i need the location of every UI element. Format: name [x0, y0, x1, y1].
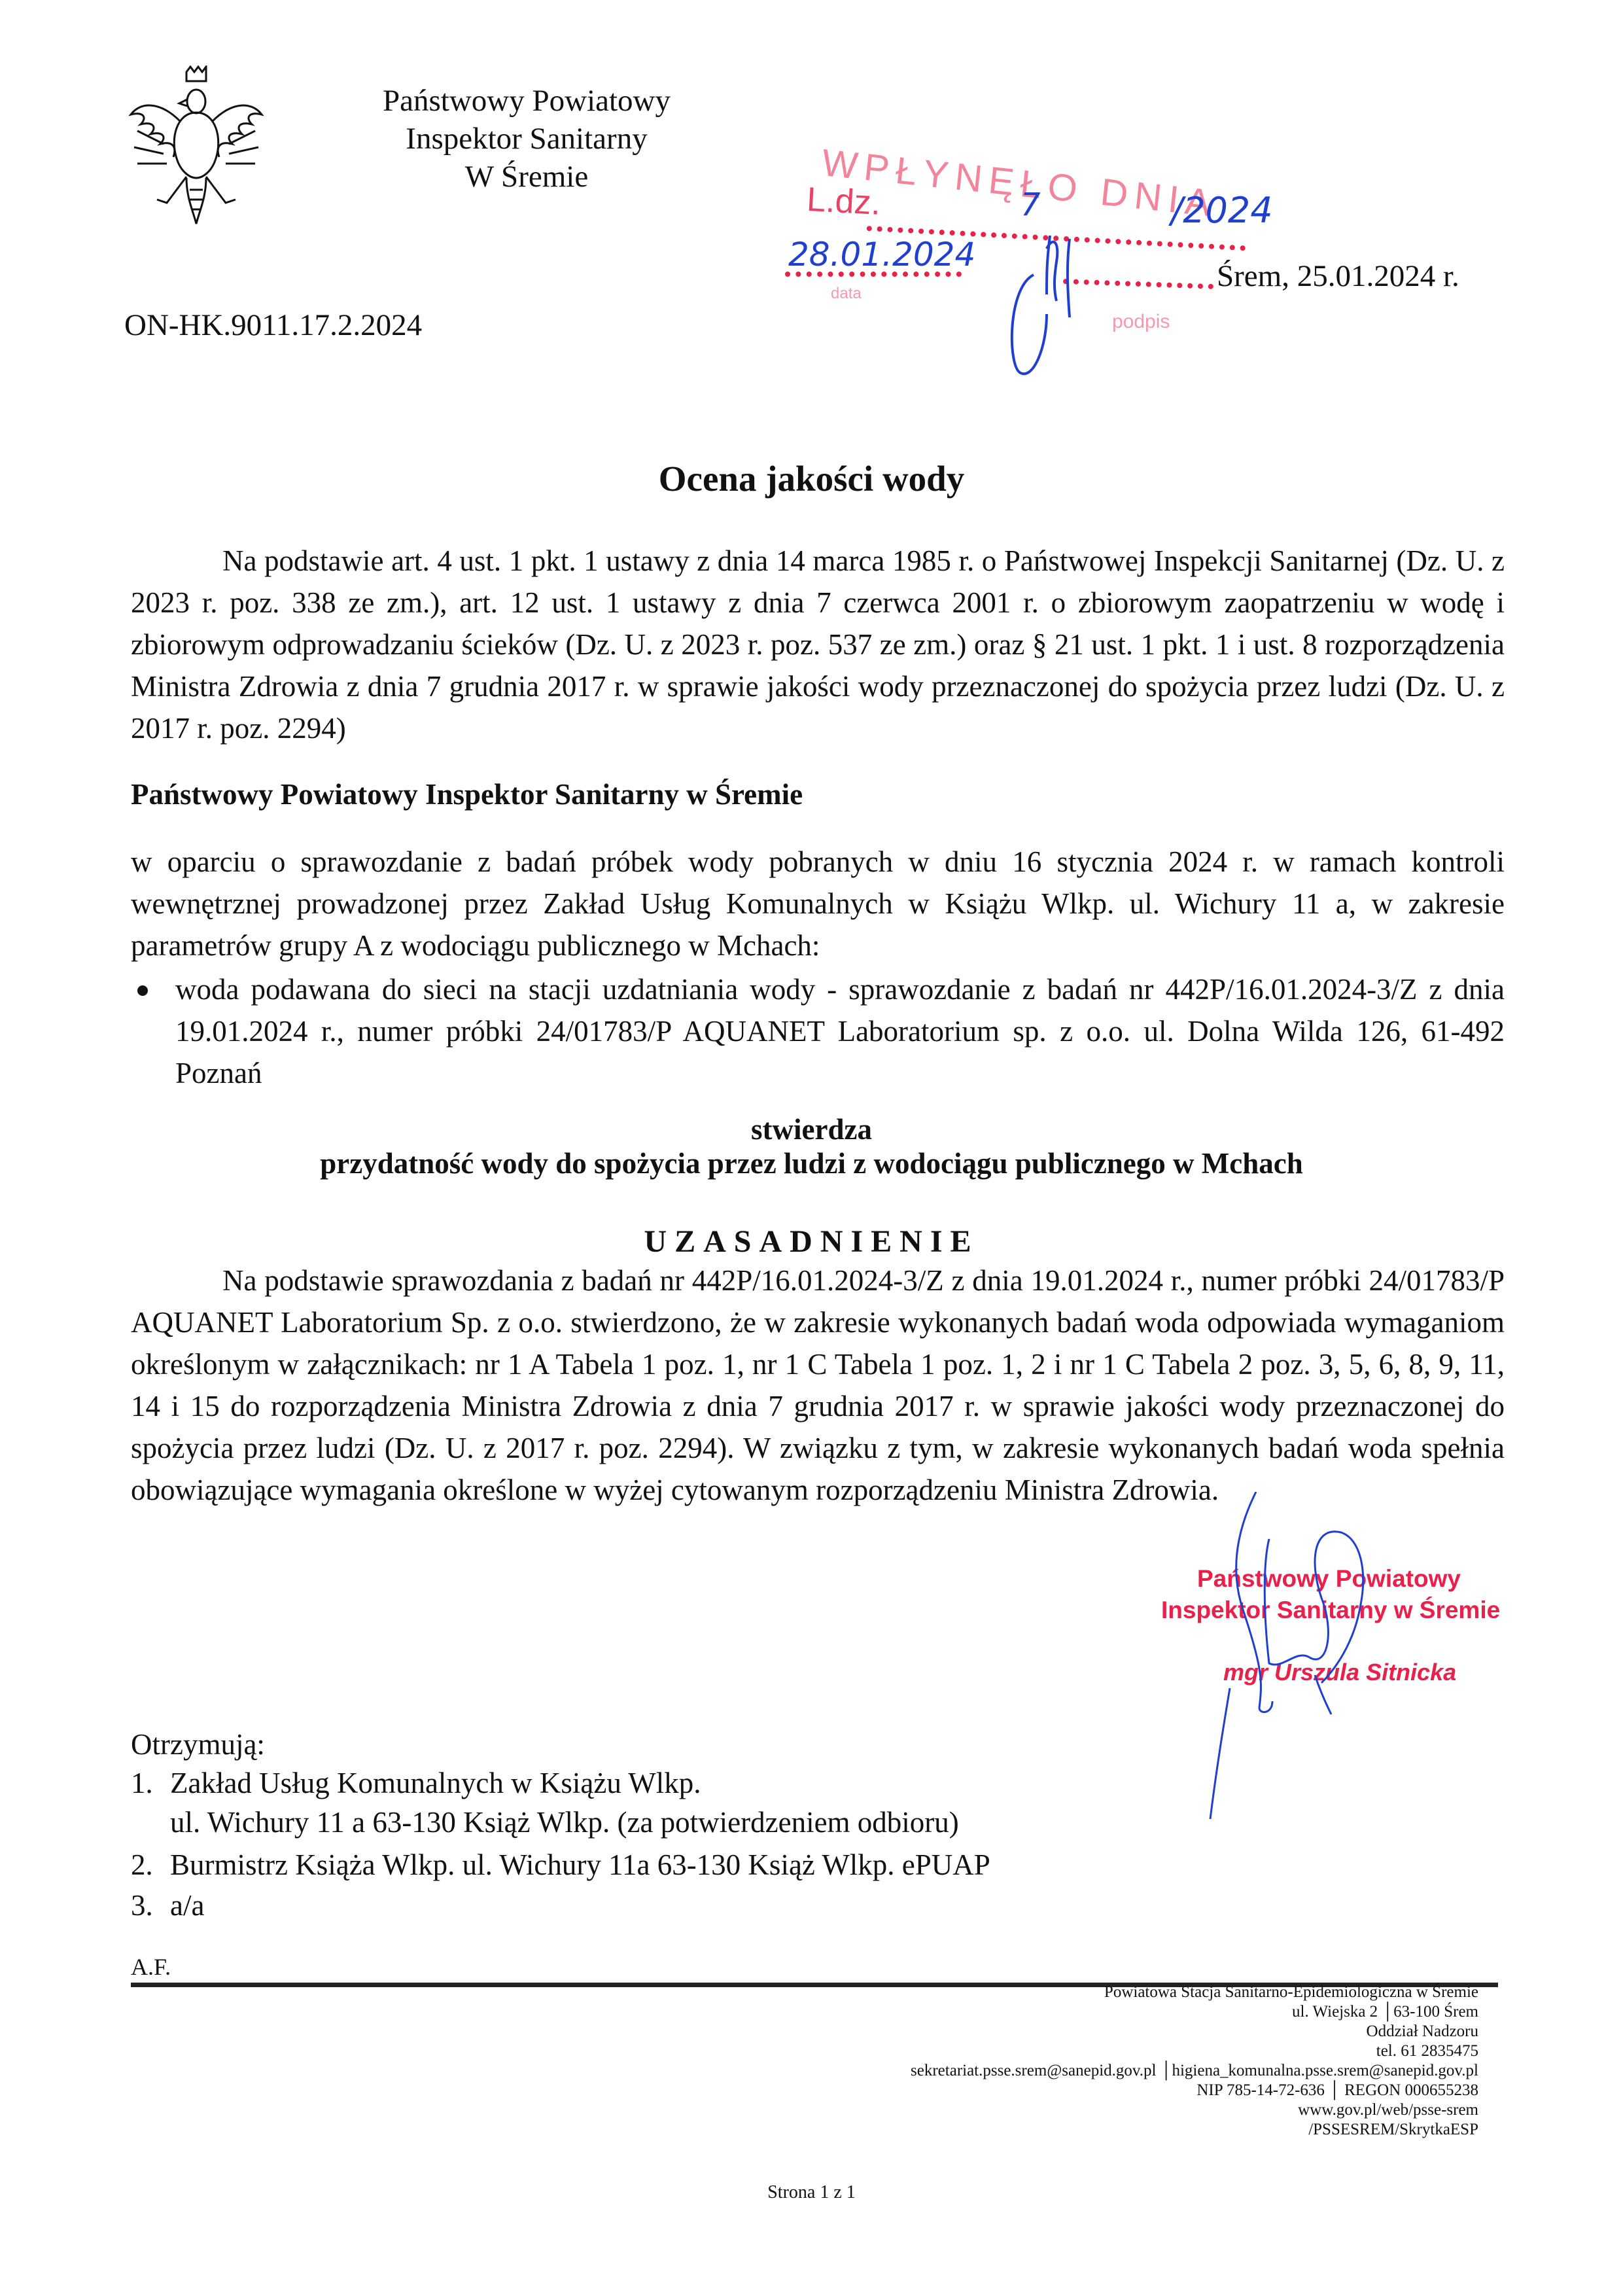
- footer-emails: sekretariat.psse.srem@sanepid.gov.pl │hi…: [720, 2061, 1478, 2081]
- justification-paragraph: Na podstawie sprawozdania z badań nr 442…: [131, 1260, 1505, 1511]
- handwritten-received-date: 28.01.2024: [788, 236, 975, 274]
- page-number: Strona 1 z 1: [0, 2182, 1623, 2203]
- verdict-word: stwierdza: [0, 1112, 1623, 1146]
- handwritten-ldz-year: /2024: [1171, 190, 1273, 231]
- verdict-statement: przydatność wody do spożycia przez ludzi…: [0, 1146, 1623, 1180]
- justification-heading: UZASADNIENIE: [0, 1224, 1623, 1260]
- recipient-item: 3.a/a: [131, 1886, 204, 1925]
- handwritten-signature-icon: [1112, 1492, 1570, 1832]
- handwritten-ldz-number: 7: [1021, 186, 1041, 223]
- authority-header-line-2: Inspektor Sanitarny: [330, 120, 723, 158]
- authority-header-line-3: W Śremie: [330, 158, 723, 196]
- legal-basis-paragraph: Na podstawie art. 4 ust. 1 pkt. 1 ustawy…: [131, 540, 1505, 749]
- bullet-icon: [137, 985, 148, 996]
- footer-phone: tel. 61 2835475: [720, 2041, 1478, 2061]
- sample-description: woda podawana do sieci na stacji uzdatni…: [175, 968, 1505, 1094]
- author-initials: A.F.: [131, 1953, 171, 1981]
- footer-tax-ids: NIP 785-14-72-636 │ REGON 000655238: [720, 2081, 1478, 2100]
- footer-epuap-box: /PSSESREM/SkrytkaESP: [720, 2120, 1478, 2140]
- recipients-heading: Otrzymują:: [131, 1727, 265, 1761]
- place-date: Śrem, 25.01.2024 r.: [1217, 258, 1459, 294]
- footer-department: Oddział Nadzoru: [720, 2022, 1478, 2041]
- footer-institution: Powiatowa Stacja Sanitarno-Epidemiologic…: [720, 1983, 1478, 2002]
- receipt-signature-icon: [994, 236, 1125, 380]
- receipt-stamp-ldz-label: L.dz.: [806, 180, 882, 223]
- polish-eagle-emblem-icon: [124, 65, 268, 229]
- reference-number: ON-HK.9011.17.2.2024: [124, 308, 422, 343]
- sample-list-item: woda podawana do sieci na stacji uzdatni…: [131, 968, 1505, 1094]
- authority-header-line-1: Państwowy Powiatowy: [330, 82, 723, 120]
- institution-footer: Powiatowa Stacja Sanitarno-Epidemiologic…: [720, 1983, 1478, 2140]
- recipient-item: 2.Burmistrz Książa Wlkp. ul. Wichury 11a…: [131, 1845, 990, 1884]
- footer-address: ul. Wiejska 2 │63-100 Śrem: [720, 2002, 1478, 2022]
- document-title: Ocena jakości wody: [0, 458, 1623, 499]
- basis-paragraph: w oparciu o sprawozdanie z badań próbek …: [131, 841, 1505, 966]
- footer-website: www.gov.pl/web/psse-srem: [720, 2100, 1478, 2120]
- issuing-authority: Państwowy Powiatowy Inspektor Sanitarny …: [131, 777, 803, 811]
- recipient-item: 1.Zakład Usług Komunalnych w Książu Wlkp…: [131, 1763, 701, 1803]
- receipt-stamp-date-label: data: [831, 285, 862, 303]
- recipient-item-address: ul. Wichury 11 a 63-130 Książ Wlkp. (za …: [170, 1803, 959, 1842]
